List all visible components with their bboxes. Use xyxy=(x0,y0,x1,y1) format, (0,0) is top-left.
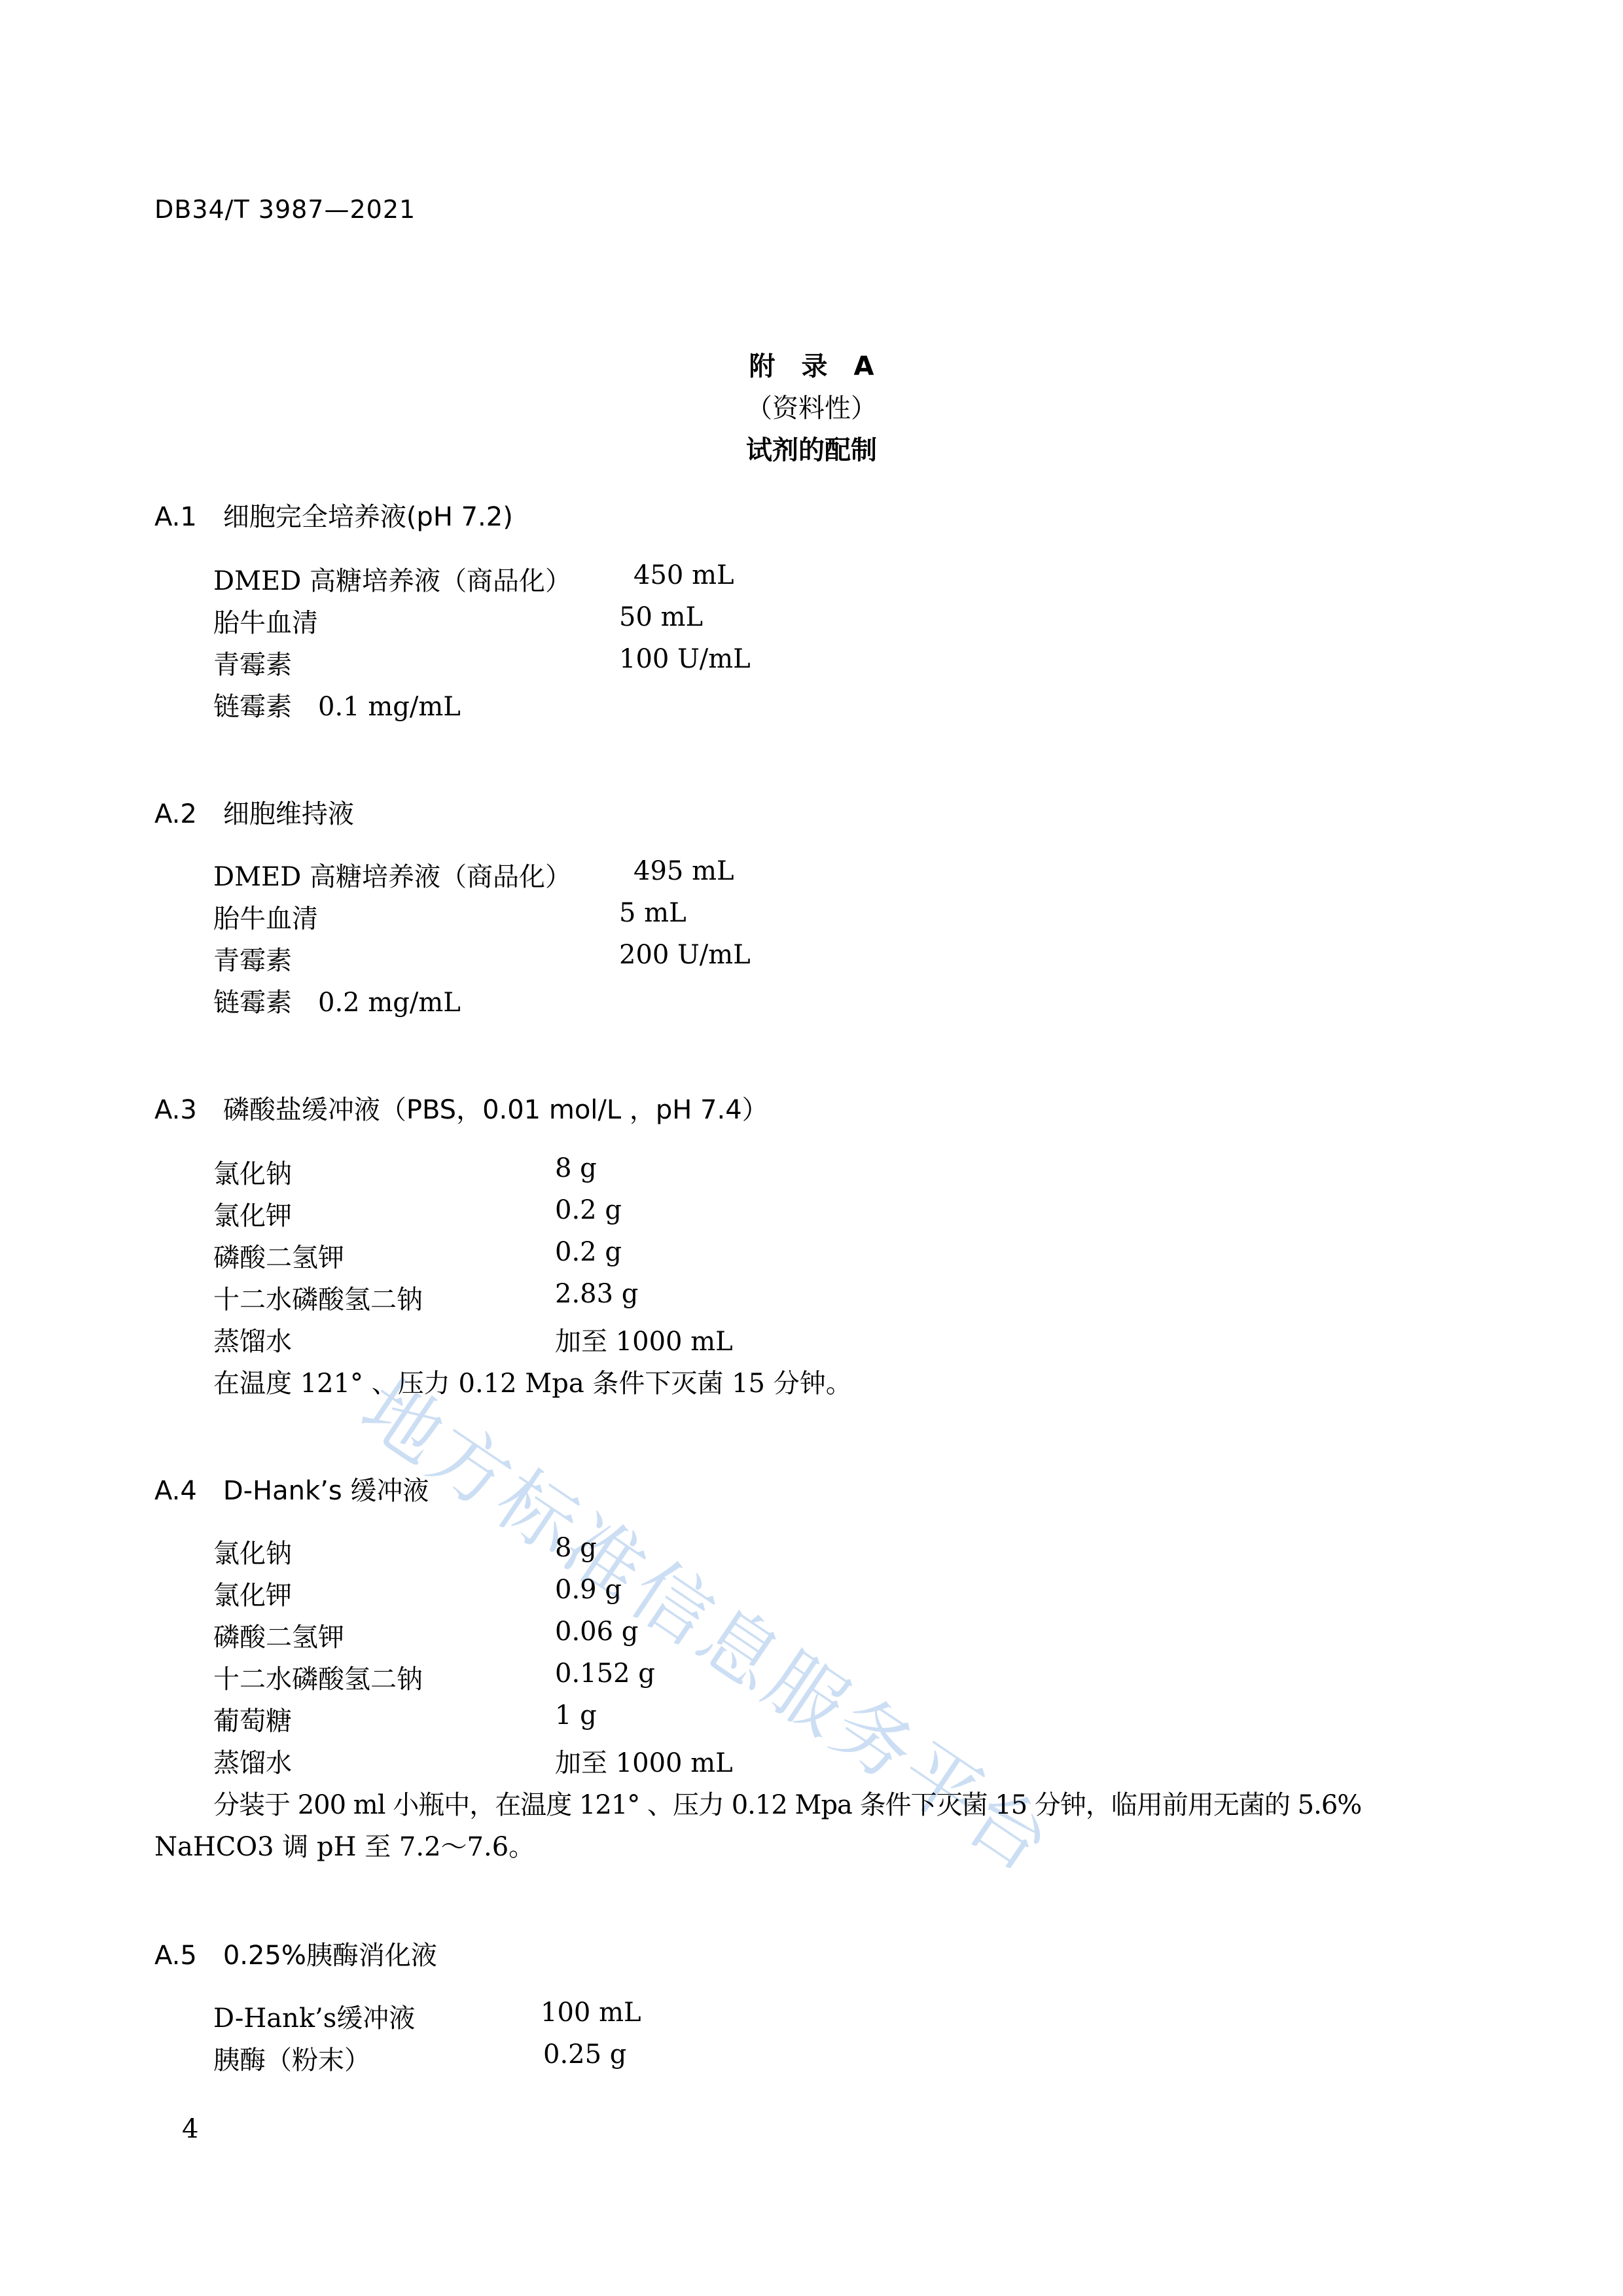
item-value: 0.152 g xyxy=(555,1659,655,1689)
appendix-label: 附 录 A xyxy=(0,346,1623,383)
dispensing-note-continued: NaHCO3 调 pH 至 7.2～7.6。 xyxy=(154,1826,535,1863)
section-heading-a2: A.2 细胞维持液 xyxy=(154,793,354,831)
item-value: 495 mL xyxy=(633,856,734,886)
item-name: 氯化钠 xyxy=(213,1533,292,1570)
item-name: 链霉素 0.1 mg/mL xyxy=(213,686,461,723)
item-value: 8 g xyxy=(555,1533,597,1563)
item-value: 加至 1000 mL xyxy=(555,1742,733,1780)
item-value: 0.9 g xyxy=(555,1575,622,1605)
item-value: 0.2 g xyxy=(555,1195,622,1225)
item-value: 0.25 g xyxy=(543,2039,626,2070)
item-value: 加至 1000 mL xyxy=(555,1321,733,1358)
item-value: 8 g xyxy=(555,1153,597,1183)
item-value: 0.06 g xyxy=(555,1617,638,1647)
item-name: DMED 高糖培养液（商品化） xyxy=(213,560,571,598)
item-name: 青霉素 xyxy=(213,940,292,977)
item-name: 胎牛血清 xyxy=(213,602,318,639)
item-name: 氯化钠 xyxy=(213,1153,292,1191)
item-name: 链霉素 0.2 mg/mL xyxy=(213,982,461,1019)
item-value: 100 mL xyxy=(541,1998,641,2028)
section-heading-a4: A.4 D-Hank’s 缓冲液 xyxy=(154,1470,429,1507)
item-value: 50 mL xyxy=(619,602,703,632)
item-value: 450 mL xyxy=(633,560,734,590)
item-name: 氯化钾 xyxy=(213,1195,292,1232)
item-name: 胎牛血清 xyxy=(213,898,318,935)
section-heading-a3: A.3 磷酸盐缓冲液（PBS，0.01 mol/L ，pH 7.4） xyxy=(154,1089,768,1126)
page-number: 4 xyxy=(182,2114,198,2144)
item-value: 5 mL xyxy=(619,898,687,928)
item-value: 2.83 g xyxy=(555,1279,638,1309)
item-value: 0.2 g xyxy=(555,1237,622,1267)
section-heading-a1: A.1 细胞完全培养液(pH 7.2) xyxy=(154,496,513,533)
dispensing-note: 分装于 200 ml 小瓶中，在温度 121° 、压力 0.12 Mpa 条件下… xyxy=(213,1784,1361,1821)
item-value: 200 U/mL xyxy=(619,940,751,970)
item-name: 蒸馏水 xyxy=(213,1742,292,1780)
appendix-type: （资料性） xyxy=(0,387,1623,425)
item-name: 胰酶（粉末） xyxy=(213,2039,370,2077)
item-name: 蒸馏水 xyxy=(213,1321,292,1358)
item-value: 1 g xyxy=(555,1700,597,1731)
section-heading-a5: A.5 0.25%胰酶消化液 xyxy=(154,1935,437,1972)
item-name: D-Hank’s缓冲液 xyxy=(213,1998,415,2035)
item-name: 十二水磷酸氢二钠 xyxy=(213,1659,423,1696)
item-name: 十二水磷酸氢二钠 xyxy=(213,1279,423,1316)
item-name: 磷酸二氢钾 xyxy=(213,1237,344,1274)
item-name: DMED 高糖培养液（商品化） xyxy=(213,856,571,893)
sterilization-note: 在温度 121° 、压力 0.12 Mpa 条件下灭菌 15 分钟。 xyxy=(213,1363,852,1400)
item-value: 100 U/mL xyxy=(619,644,751,674)
appendix-title: 试剂的配制 xyxy=(0,429,1623,467)
item-name: 磷酸二氢钾 xyxy=(213,1617,344,1654)
item-name: 青霉素 xyxy=(213,644,292,681)
standard-number: DB34/T 3987—2021 xyxy=(154,195,416,224)
item-name: 氯化钾 xyxy=(213,1575,292,1612)
item-name: 葡萄糖 xyxy=(213,1700,292,1738)
